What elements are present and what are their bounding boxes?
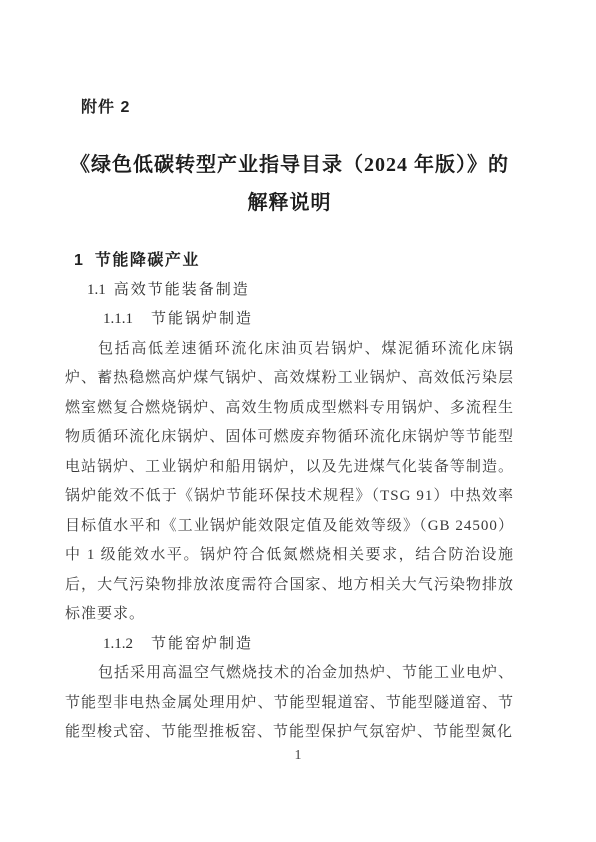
item-1-1-2-title: 节能窑炉制造	[151, 636, 253, 652]
item-1-1-1-heading: 1.1.1节能锅炉制造	[103, 305, 514, 335]
item-1-1-2-heading: 1.1.2节能窑炉制造	[103, 630, 514, 660]
document-title-line1: 《绿色低碳转型产业指导目录（2024 年版）》的	[65, 146, 514, 184]
subsection-1-1-number: 1.1	[87, 282, 106, 298]
document-page: 附件 2 《绿色低碳转型产业指导目录（2024 年版）》的 解释说明 1节能降碳…	[0, 0, 596, 842]
item-1-1-1-title: 节能锅炉制造	[151, 311, 253, 327]
subsection-1-1-title: 高效节能装备制造	[114, 282, 250, 298]
item-1-1-2-number: 1.1.2	[103, 636, 133, 652]
section-1-number: 1	[74, 252, 83, 269]
section-1-title: 节能降碳产业	[95, 252, 200, 269]
subsection-1-1-heading: 1.1高效节能装备制造	[87, 276, 514, 306]
section-1-heading: 1节能降碳产业	[74, 246, 514, 276]
document-title-line2: 解释说明	[65, 184, 514, 222]
page-number: 1	[0, 748, 596, 764]
item-1-1-1-paragraph: 包括高低差速循环流化床油页岩锅炉、煤泥循环流化床锅炉、蓄热稳燃高炉煤气锅炉、高效…	[65, 335, 514, 630]
document-content: 1节能降碳产业 1.1高效节能装备制造 1.1.1节能锅炉制造 包括高低差速循环…	[65, 246, 514, 748]
item-1-1-2-paragraph: 包括采用高温空气燃烧技术的冶金加热炉、节能工业电炉、节能型非电热金属处理用炉、节…	[65, 659, 514, 748]
attachment-label: 附件 2	[81, 97, 514, 119]
document-title: 《绿色低碳转型产业指导目录（2024 年版）》的 解释说明	[65, 146, 514, 222]
item-1-1-1-number: 1.1.1	[103, 311, 133, 327]
